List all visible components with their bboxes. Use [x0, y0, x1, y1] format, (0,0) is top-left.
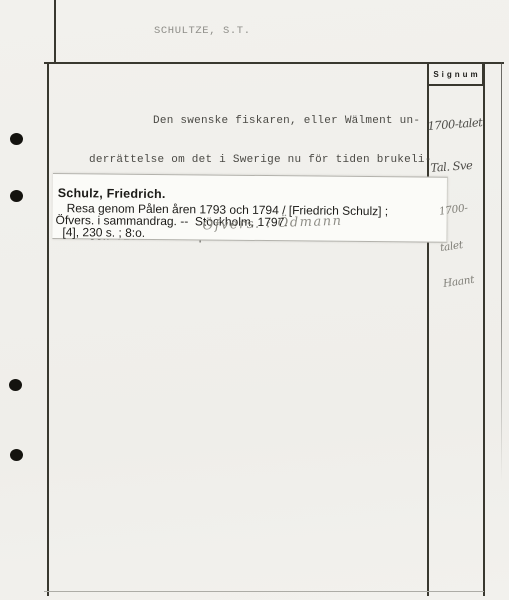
entry-author-heading: Schulz, Friedrich.: [58, 186, 166, 201]
signum-note-line: Tal. Sve: [430, 157, 486, 175]
signum-note-line: 1700-: [438, 202, 468, 218]
catalog-card-scan: SCHULTZE, S.T. Signum Den swenske fiskar…: [0, 0, 509, 600]
punch-hole-dot: [10, 190, 23, 202]
entry-line: Den swenske fiskaren, eller Wälment un-: [153, 115, 432, 128]
entry-line: derrättelse om det i Swerige nu för tide…: [89, 154, 432, 167]
punch-hole-dot: [10, 133, 23, 145]
signum-note-line: 1700-talet: [427, 115, 483, 133]
card-right-paper-edge: [501, 62, 502, 482]
pasted-catalog-label: Schulz, Friedrich. Resa genom Pålen åren…: [52, 173, 448, 243]
card-header-name: SCHULTZE, S.T.: [154, 25, 251, 37]
card-bottom-border: [44, 591, 484, 592]
top-left-rule: [54, 0, 56, 63]
card-left-border: [47, 62, 49, 596]
punch-hole-dot: [9, 379, 22, 391]
signum-header-label: Signum: [430, 70, 480, 79]
signum-note-line: Haant: [442, 273, 478, 290]
entry-line: [4], 230 s. ; 8:o.: [62, 225, 145, 240]
punch-hole-dot: [10, 449, 23, 461]
signum-header-cell: Signum: [427, 62, 484, 86]
signum-note-line: talet: [439, 238, 473, 254]
